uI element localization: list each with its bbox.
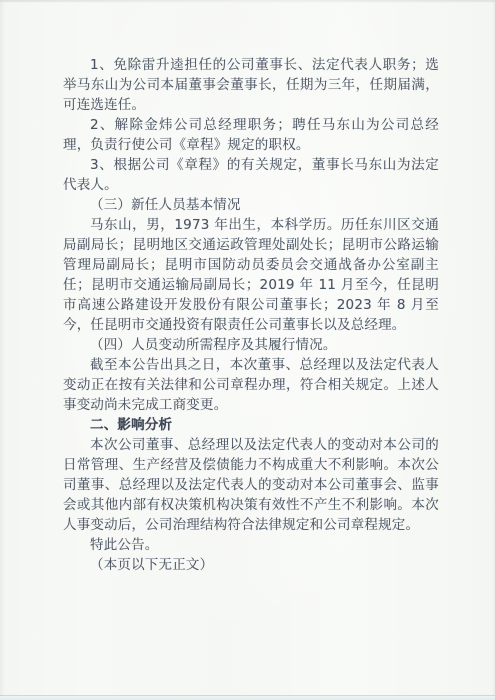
impact-analysis-heading: 二、影响分析 [63, 415, 439, 435]
numbered-item-1: 1、免除雷升逵担任的公司董事长、法定代表人职务；选举马东山为公司本届董事会董事长… [63, 55, 439, 115]
scanned-document-page: 1、免除雷升逵担任的公司董事长、法定代表人职务；选举马东山为公司本届董事会董事长… [0, 0, 495, 700]
procedure-paragraph: 截至本公告出具之日，本次董事、总经理以及法定代表人变动正在按有关法律和公司章程办… [63, 355, 439, 415]
scan-top-edge-artifact [0, 0, 495, 2]
impact-analysis-paragraph: 本次公司董事、总经理以及法定代表人的变动对本公司的日常管理、生产经营及偿债能力不… [63, 435, 439, 535]
closing-announcement-line: 特此公告。 [63, 535, 439, 555]
numbered-item-2: 2、解除金炜公司总经理职务；聘任马东山为公司总经理，负责行使公司《章程》规定的职… [63, 115, 439, 155]
bio-paragraph: 马东山，男，1973 年出生，本科学历。历任东川区交通局副局长；昆明地区交通运政… [63, 215, 439, 335]
scan-bottom-edge-strip [0, 696, 495, 700]
document-body: 1、免除雷升逵担任的公司董事长、法定代表人职务；选举马东山为公司本届董事会董事长… [63, 55, 439, 575]
section-heading-four: （四）人员变动所需程序及其履行情况。 [63, 335, 439, 355]
section-heading-three: （三）新任人员基本情况 [63, 195, 439, 215]
no-further-text-note: （本页以下无正文） [63, 555, 439, 575]
numbered-item-3: 3、根据公司《章程》的有关规定，董事长马东山为法定代表人。 [63, 155, 439, 195]
